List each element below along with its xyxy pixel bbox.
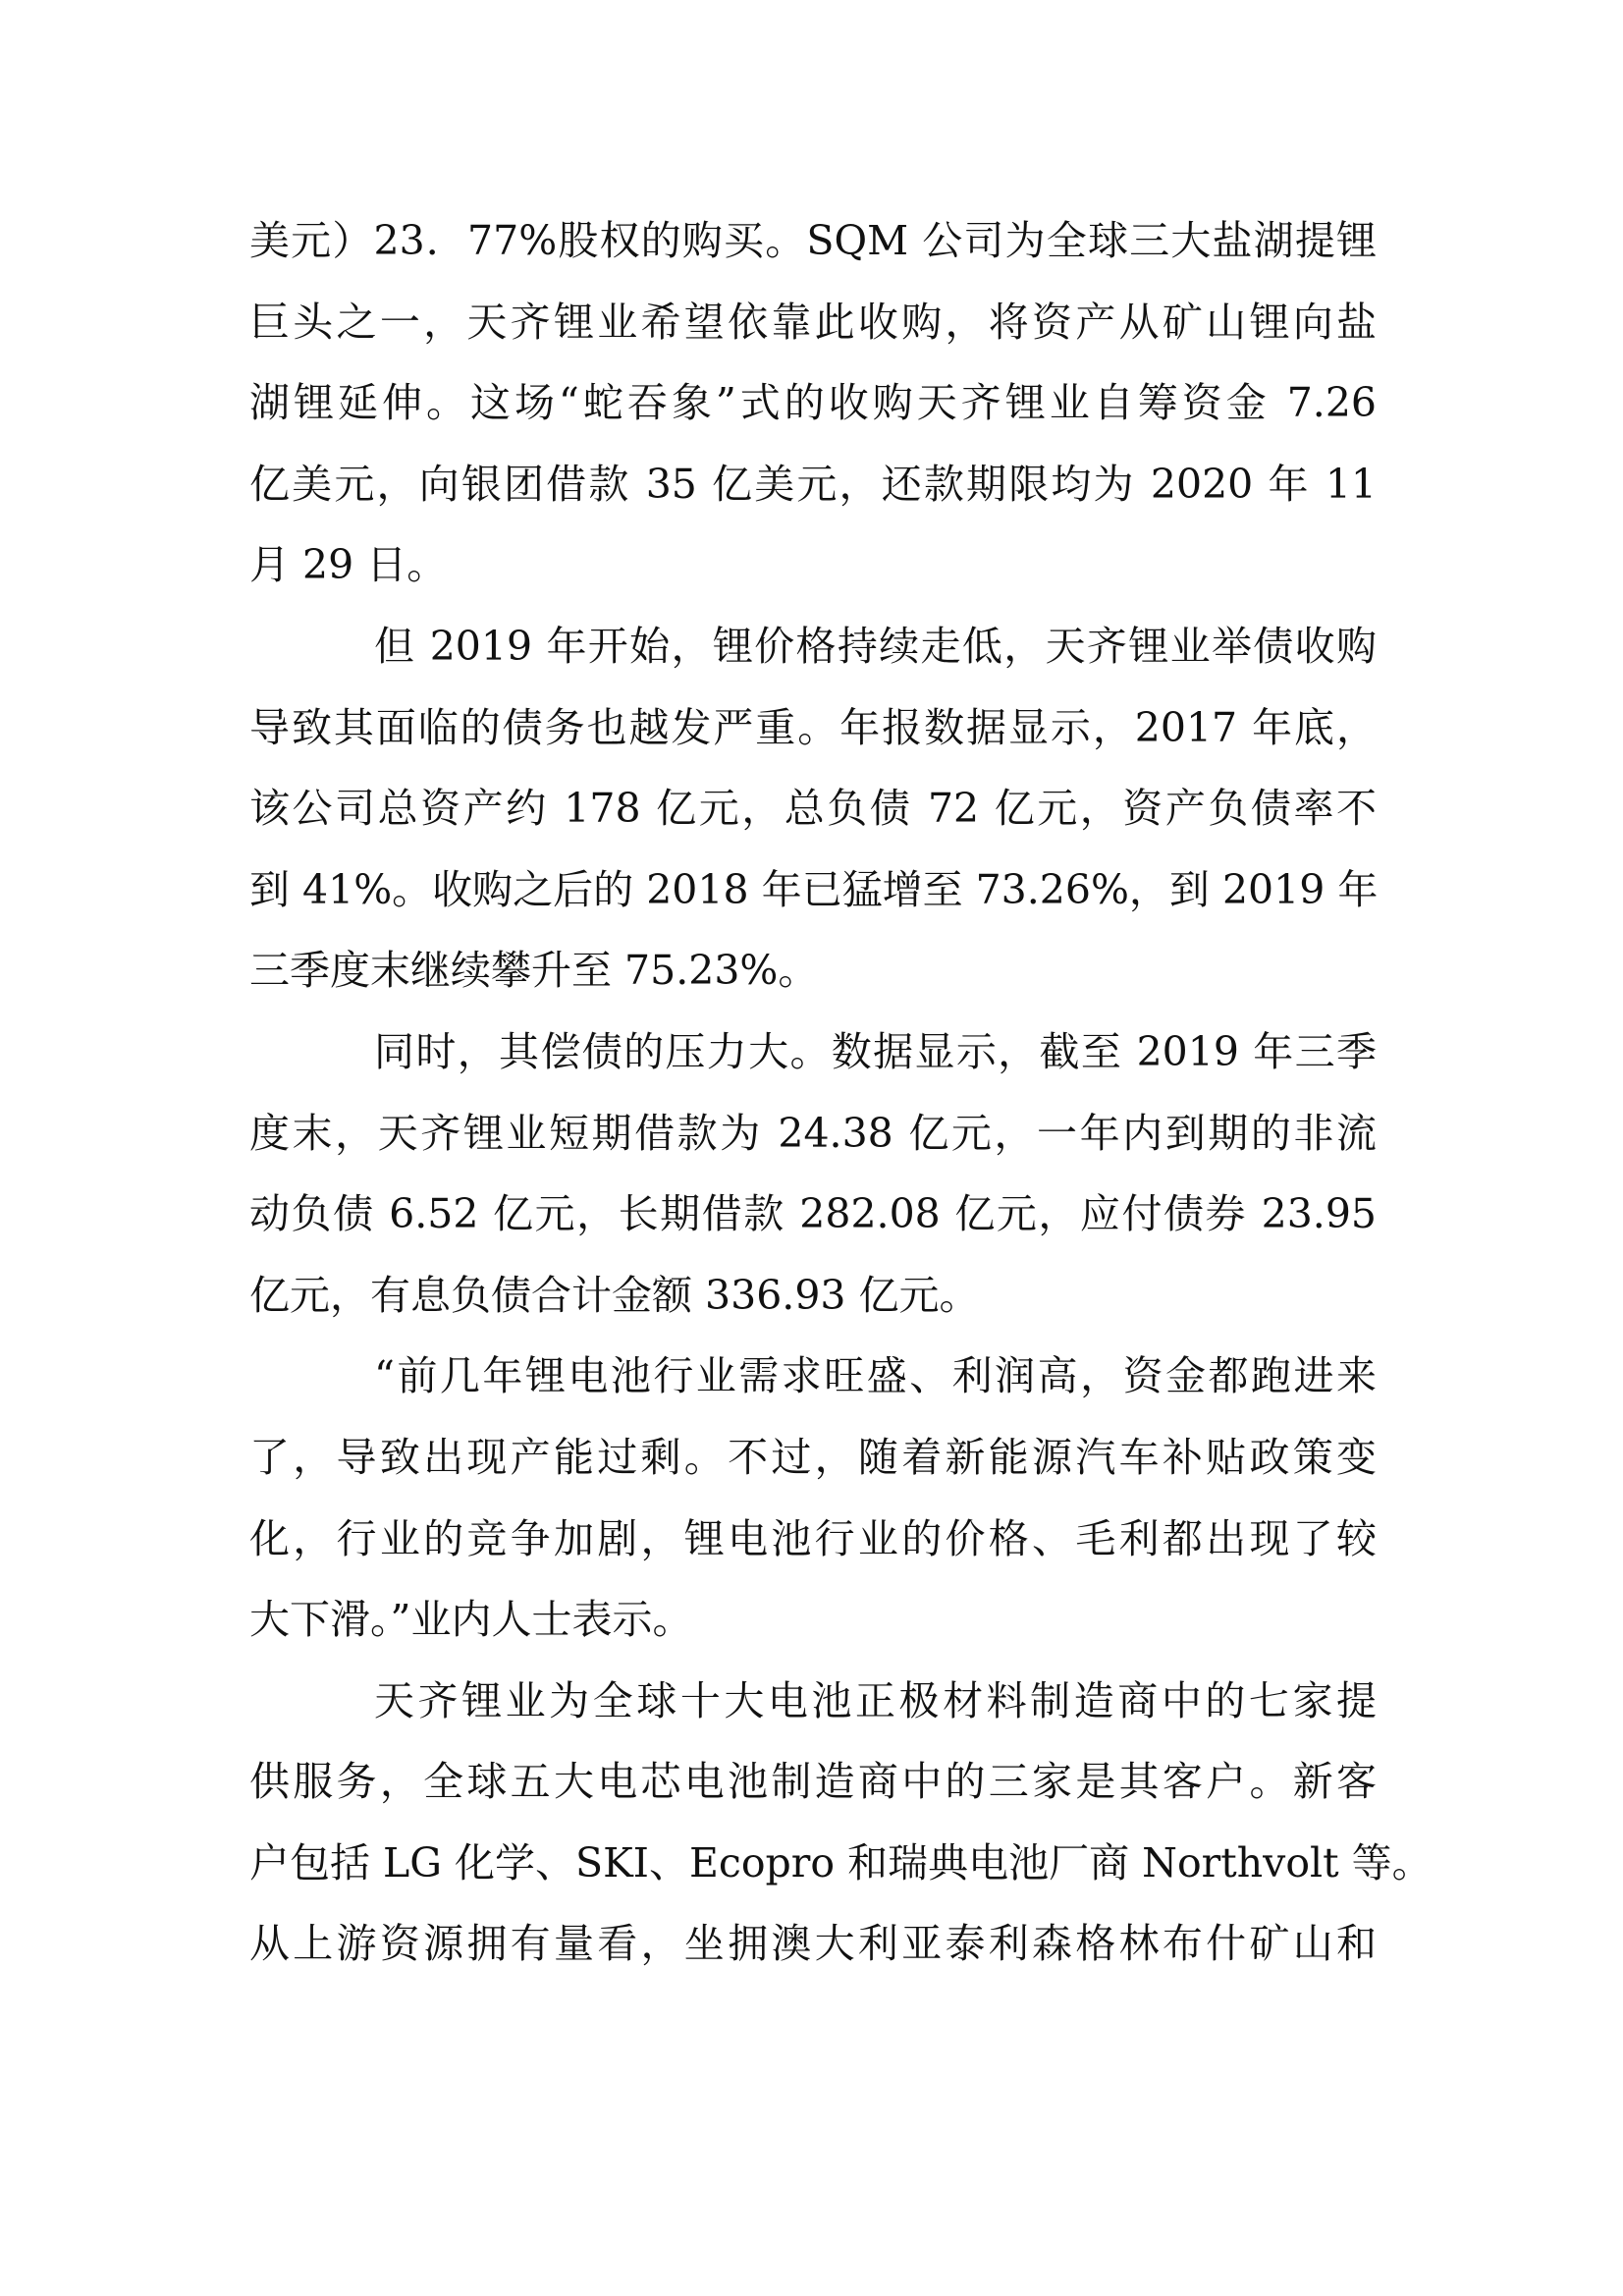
text-line: 亿美元，向银团借款 35 亿美元，还款期限均为 2020 年 11 — [249, 444, 1377, 525]
text-line: 三季度末继续攀升至 75.23%。 — [249, 930, 1377, 1011]
text-line: 动负债 6.52 亿元，长期借款 282.08 亿元，应付债券 23.95 — [249, 1174, 1377, 1255]
text-line: 大下滑。”业内人士表示。 — [249, 1579, 1377, 1661]
paragraph-4: “前几年锂电池行业需求旺盛、利润高，资金都跑进来 了，导致出现产能过剩。不过，随… — [249, 1336, 1377, 1660]
text-line: 到 41%。收购之后的 2018 年已猛增至 73.26%，到 2019 年 — [249, 849, 1377, 931]
text-line: 月 29 日。 — [249, 524, 1377, 606]
text-line: 但 2019 年开始，锂价格持续走低，天齐锂业举债收购 — [249, 606, 1377, 687]
text-line: 天齐锂业为全球十大电池正极材料制造商中的七家提 — [249, 1661, 1377, 1742]
paragraph-1: 美元）23．77%股权的购买。SQM 公司为全球三大盐湖提锂 巨头之一，天齐锂业… — [249, 200, 1377, 606]
text-line: 化，行业的竞争加剧，锂电池行业的价格、毛利都出现了较 — [249, 1499, 1377, 1580]
body-text: 美元）23．77%股权的购买。SQM 公司为全球三大盐湖提锂 巨头之一，天齐锂业… — [249, 200, 1377, 1985]
text-line: “前几年锂电池行业需求旺盛、利润高，资金都跑进来 — [249, 1336, 1377, 1417]
paragraph-5: 天齐锂业为全球十大电池正极材料制造商中的七家提 供服务，全球五大电芯电池制造商中… — [249, 1661, 1377, 1985]
text-line: 了，导致出现产能过剩。不过，随着新能源汽车补贴政策变 — [249, 1417, 1377, 1499]
paragraph-2: 但 2019 年开始，锂价格持续走低，天齐锂业举债收购 导致其面临的债务也越发严… — [249, 606, 1377, 1011]
text-line: 湖锂延伸。这场“蛇吞象”式的收购天齐锂业自筹资金 7.26 — [249, 362, 1377, 444]
paragraph-3: 同时，其偿债的压力大。数据显示，截至 2019 年三季 度末，天齐锂业短期借款为… — [249, 1011, 1377, 1336]
text-line: 亿元，有息负债合计金额 336.93 亿元。 — [249, 1255, 1377, 1337]
text-line: 导致其面临的债务也越发严重。年报数据显示，2017 年底， — [249, 687, 1377, 769]
text-line: 从上游资源拥有量看，坐拥澳大利亚泰利森格林布什矿山和 — [249, 1903, 1377, 1985]
text-line: 供服务，全球五大电芯电池制造商中的三家是其客户。新客 — [249, 1741, 1377, 1823]
text-line: 度末，天齐锂业短期借款为 24.38 亿元，一年内到期的非流 — [249, 1093, 1377, 1175]
text-line: 该公司总资产约 178 亿元，总负债 72 亿元，资产负债率不 — [249, 768, 1377, 849]
text-line: 巨头之一，天齐锂业希望依靠此收购，将资产从矿山锂向盐 — [249, 282, 1377, 363]
text-line: 美元）23．77%股权的购买。SQM 公司为全球三大盐湖提锂 — [249, 200, 1377, 282]
text-line: 同时，其偿债的压力大。数据显示，截至 2019 年三季 — [249, 1011, 1377, 1093]
document-page: 美元）23．77%股权的购买。SQM 公司为全球三大盐湖提锂 巨头之一，天齐锂业… — [0, 0, 1623, 2296]
text-line: 户包括 LG 化学、SKI、Ecopro 和瑞典电池厂商 Northvolt 等… — [249, 1823, 1377, 1904]
